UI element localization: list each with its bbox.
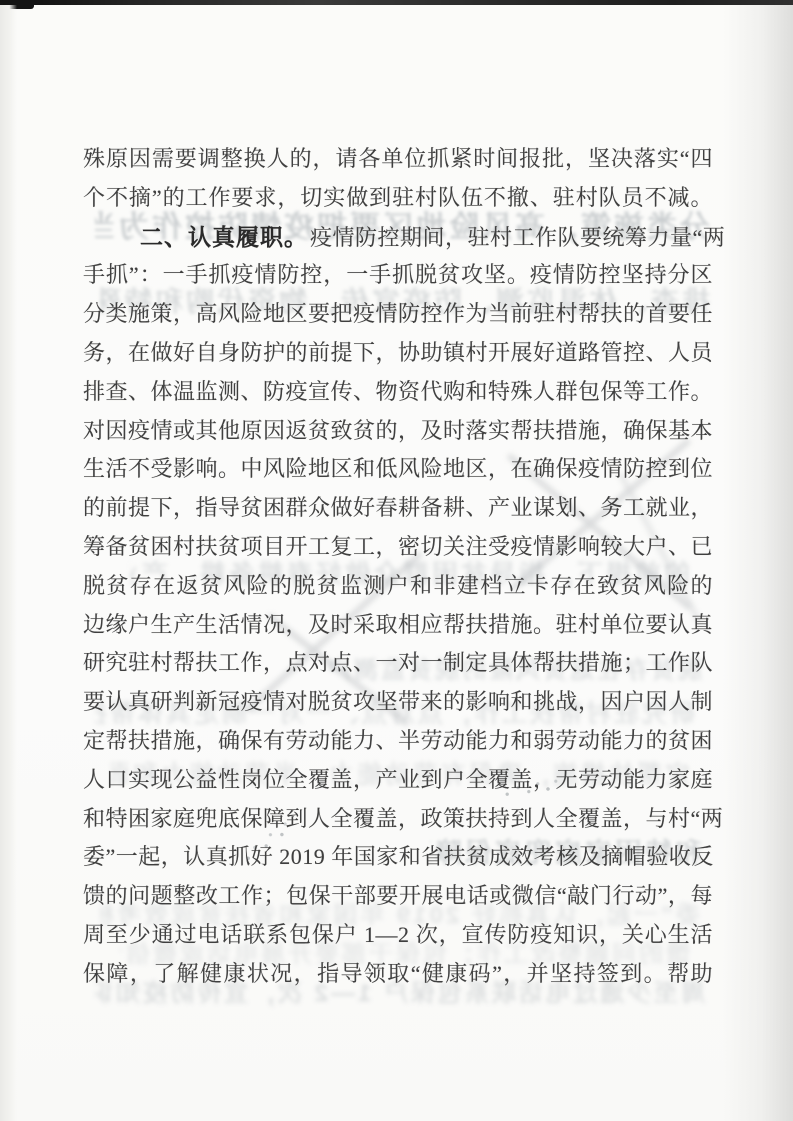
text-line: 分类施策，高风险地区要把疫情防控作为当前驻村帮扶的首要任	[83, 295, 713, 334]
line-text: 研究驻村帮扶工作，点对点、一对一制定具体帮扶措施；工作队	[83, 650, 713, 675]
line-text: 的前提下，指导贫困群众做好春耕备耕、产业谋划、务工就业，	[83, 495, 713, 520]
text-line: 要认真研判新冠疫情对脱贫攻坚带来的影响和挑战，因户因人制	[83, 683, 713, 722]
line-text: 人口实现公益性岗位全覆盖，产业到户全覆盖，无劳动能力家庭	[83, 767, 713, 792]
line-text: 排查、体温监测、防疫宣传、物资代购和特殊人群包保等工作。	[83, 379, 713, 404]
line-text: 和特困家庭兜底保障到人全覆盖，政策扶持到人全覆盖，与村“两	[83, 806, 723, 831]
line-text: 手抓”：一手抓疫情防控，一手抓脱贫攻坚。疫情防控坚持分区	[83, 262, 713, 287]
line-text: 务，在做好自身防护的前提下，协助镇村开展好道路管控、人员	[83, 340, 713, 365]
text-line: 筹备贫困村扶贫项目开工复工，密切关注受疫情影响较大户、已	[83, 528, 713, 567]
page-right-shadow	[723, 5, 793, 1121]
document-text: 殊原因需要调整换人的，请各单位抓紧时间报批，坚决落实“四个不摘”的工作要求，切实…	[83, 140, 713, 994]
line-text: 馈的问题整改工作；包保干部要开展电话或微信“敲门行动”，每	[83, 883, 713, 908]
line-text: 分类施策，高风险地区要把疫情防控作为当前驻村帮扶的首要任	[83, 301, 713, 326]
line-text: 疫情防控期间，驻村工作队要统筹力量“两	[310, 225, 725, 250]
line-text: 委”一起，认真抓好 2019 年国家和省扶贫成效考核及摘帽验收反	[83, 844, 714, 869]
text-line: 保障，了解健康状况，指导领取“健康码”，并坚持签到。帮助	[83, 955, 713, 994]
text-line: 的前提下，指导贫困群众做好春耕备耕、产业谋划、务工就业，	[83, 489, 713, 528]
text-line: 人口实现公益性岗位全覆盖，产业到户全覆盖，无劳动能力家庭	[83, 761, 713, 800]
text-line: 手抓”：一手抓疫情防控，一手抓脱贫攻坚。疫情防控坚持分区	[83, 256, 713, 295]
line-text: 脱贫存在返贫风险的脱贫监测户和非建档立卡存在致贫风险的	[83, 573, 713, 598]
line-text: 定帮扶措施，确保有劳动能力、半劳动能力和弱劳动能力的贫困	[83, 728, 713, 753]
line-text: 筹备贫困村扶贫项目开工复工，密切关注受疫情影响较大户、已	[83, 534, 713, 559]
text-line: 和特困家庭兜底保障到人全覆盖，政策扶持到人全覆盖，与村“两	[83, 800, 713, 839]
scanned-page: 分类施策，高风险地区要把疫情防控作为当前驻村帮扶的首要任排查、体温监测、防疫宣传…	[0, 0, 793, 1121]
text-line: 生活不受影响。中风险地区和低风险地区，在确保疫情防控到位	[83, 450, 713, 489]
text-line: 周至少通过电话联系包保户 1—2 次，宣传防疫知识，关心生活	[83, 916, 713, 955]
line-text: 要认真研判新冠疫情对脱贫攻坚带来的影响和挑战，因户因人制	[83, 689, 713, 714]
page-left-edge	[0, 5, 17, 1121]
scan-top-edge	[0, 0, 793, 5]
line-text: 殊原因需要调整换人的，请各单位抓紧时间报批，坚决落实“四	[83, 146, 713, 171]
line-text: 对因疫情或其他原因返贫致贫的，及时落实帮扶措施，确保基本	[83, 418, 713, 443]
text-line: 边缘户生产生活情况，及时采取相应帮扶措施。驻村单位要认真	[83, 606, 713, 645]
text-line: 脱贫存在返贫风险的脱贫监测户和非建档立卡存在致贫风险的	[83, 567, 713, 606]
text-line: 对因疫情或其他原因返贫致贫的，及时落实帮扶措施，确保基本	[83, 412, 713, 451]
line-text: 周至少通过电话联系包保户 1—2 次，宣传防疫知识，关心生活	[83, 922, 713, 947]
text-line: 二、认真履职。疫情防控期间，驻村工作队要统筹力量“两	[83, 218, 713, 257]
text-line: 委”一起，认真抓好 2019 年国家和省扶贫成效考核及摘帽验收反	[83, 838, 713, 877]
text-line: 殊原因需要调整换人的，请各单位抓紧时间报批，坚决落实“四	[83, 140, 713, 179]
text-line: 定帮扶措施，确保有劳动能力、半劳动能力和弱劳动能力的贫困	[83, 722, 713, 761]
line-text: 边缘户生产生活情况，及时采取相应帮扶措施。驻村单位要认真	[83, 612, 713, 637]
text-line: 馈的问题整改工作；包保干部要开展电话或微信“敲门行动”，每	[83, 877, 713, 916]
line-text: 保障，了解健康状况，指导领取“健康码”，并坚持签到。帮助	[83, 961, 713, 986]
paragraph-lead: 二、认真履职。	[140, 224, 308, 250]
text-line: 研究驻村帮扶工作，点对点、一对一制定具体帮扶措施；工作队	[83, 644, 713, 683]
line-text: 生活不受影响。中风险地区和低风险地区，在确保疫情防控到位	[83, 456, 713, 481]
text-line: 排查、体温监测、防疫宣传、物资代购和特殊人群包保等工作。	[83, 373, 713, 412]
line-text: 个不摘”的工作要求，切实做到驻村队伍不撤、驻村队员不减。	[83, 185, 713, 210]
text-line: 个不摘”的工作要求，切实做到驻村队伍不撤、驻村队员不减。	[83, 179, 713, 218]
text-line: 务，在做好自身防护的前提下，协助镇村开展好道路管控、人员	[83, 334, 713, 373]
